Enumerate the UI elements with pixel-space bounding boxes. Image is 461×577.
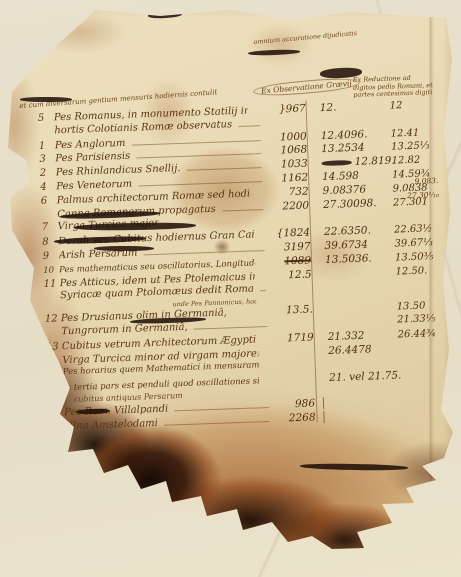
value-observation [320,274,396,277]
value-millesimae [264,124,314,126]
photograph-backdrop: omnium accuratione dijudicatis et cum di… [0,0,461,577]
measures-table: 5 Pes Romanus, in monumento Statilij in … [38,98,453,434]
value-millesimae [272,354,322,356]
value-millesimae: 1033 [265,157,315,171]
row-number: 5 [38,112,54,124]
row-number [44,299,60,300]
intro-paragraph [38,0,440,12]
value-reduction: 39.67⅓ [394,237,446,250]
value-observation [324,403,400,406]
measure-name: Pes Parisiensis [55,151,130,165]
value-millesimae: 1068 [265,144,315,158]
value-millesimae: 1089 [269,254,319,268]
value-millesimae: 1719 [272,331,322,345]
leader-line [265,366,269,367]
leader-line [260,236,265,237]
leader-line [264,355,268,356]
value-reduction: 22.63½ [394,223,446,236]
manuscript-line [38,0,440,12]
manuscript-line [38,0,440,12]
value-observation: 12. [314,100,390,115]
measure-name: Pes Venetorum [56,179,132,193]
value-reduction: 12.41 [390,126,442,139]
manuscript-line [38,0,440,12]
value-observation: 39.6734 [318,238,394,253]
value-millesimae [270,290,320,292]
manuscript-page: omnium accuratione dijudicatis et cum di… [0,0,461,577]
row-number: 13 [46,341,62,353]
leader-line [138,181,262,186]
value-observation [314,121,390,124]
leader-line [265,382,269,383]
value-millesimae: 732 [266,185,316,199]
value-millesimae [271,325,321,327]
value-reduction: 13.25⅓ [391,140,443,153]
value-observation: 13.2534 [315,141,391,156]
measure-name: Pes Anglorum [55,137,126,150]
value-reduction [394,216,446,218]
manuscript-line [38,0,440,12]
value-reduction [401,415,453,417]
value-reduction: 27.301 [393,195,445,208]
value-reduction: 12.50. [395,264,447,277]
interline-note: omnium accuratione dijudicatis [253,29,357,46]
leader-line [261,264,265,265]
value-reduction [399,377,451,379]
row-number [58,402,74,403]
value-reduction [400,402,452,404]
value-observation [325,417,401,420]
value-observation: 26.4478 [322,342,398,357]
leader-line [164,421,270,426]
leader-line [262,341,268,342]
value-observation: 27.30098. [317,196,393,211]
value-millesimae: {1824 [268,226,318,240]
row-number: 4 [40,181,56,193]
value-observation: 12.4096. [314,127,390,142]
value-millesimae [273,365,323,367]
row-number: 12 [45,313,61,325]
value-observation: 22.6350. [318,224,394,239]
leader-line [189,394,270,398]
row-number: 10 [43,265,59,276]
value-observation: 12.819. [315,155,391,170]
leader-line [143,250,264,255]
manuscript-line [38,0,440,12]
value-observation: 13.5036. [319,251,395,266]
row-number [41,217,57,218]
value-millesimae [274,393,324,395]
row-number: 3 [39,154,55,166]
value-reduction [400,389,452,391]
value-reduction: 13.50 [397,300,449,313]
row-number [45,334,61,335]
column-header-observation: Ex Observatione Grævij [253,76,361,98]
value-observation: 21.332 [322,328,398,343]
value-millesimae: 3197 [268,240,318,254]
value-millesimae: 1000 [265,130,315,144]
value-observation [321,322,397,325]
row-number [38,133,54,134]
value-reduction [399,361,451,363]
row-number [47,390,63,391]
row-number [46,363,62,364]
leader-line [238,125,260,127]
leader-line [187,167,262,171]
value-reduction: 21.33⅕ [397,313,449,326]
leader-line [262,302,266,303]
row-number: 11 [44,278,60,290]
column-header-reduction: Ex Reductione ad digitos pedis Romani, e… [353,74,446,100]
value-millesimae: 2268 [273,411,324,425]
manuscript-writing: omnium accuratione dijudicatis et cum di… [34,0,459,566]
value-reduction: 12 [390,99,442,112]
row-number: 2 [40,168,56,180]
leader-line [131,140,260,146]
row-number: 7 [42,222,58,234]
value-millesimae: 986 [273,397,324,411]
value-observation: 14.598 [316,169,392,184]
value-observation: 9.08376 [316,182,392,197]
value-reduction [398,349,450,351]
leader-line [254,112,260,113]
row-number [157,307,173,308]
value-millesimae: 13.5. [271,303,321,317]
measure-name: Ulna Amstelodami [64,418,158,432]
row-number [48,415,64,416]
row-number [47,375,63,376]
value-observation [321,310,397,313]
leader-line [261,278,266,279]
leader-line [257,195,263,196]
leader-line [233,313,267,315]
row-number [49,429,65,430]
leader-line [194,326,268,330]
value-reduction: 12.82 [391,154,443,167]
leader-line [261,290,267,291]
value-millesimae: }967 [264,102,314,116]
value-reduction [396,285,448,287]
ink-blot [94,246,154,251]
value-observation: 21. vel 21.75. [323,370,399,385]
value-observation [318,218,394,221]
row-number: 6 [41,195,57,207]
value-observation [323,363,399,366]
ink-blot [20,97,72,102]
value-observation [324,390,400,393]
value-millesimae: 1162 [266,171,316,185]
value-reduction: 26.44¾ [398,327,450,340]
value-millesimae: 12.5 [269,268,319,282]
leader-line [136,154,261,159]
leader-line [222,209,264,211]
row-number: 9 [43,250,59,262]
manuscript-line [38,0,440,12]
leader-line [174,407,269,411]
value-reduction: 13.50⅗ [395,251,447,264]
value-millesimae: 2200 [267,199,317,213]
value-reduction [390,120,442,122]
value-millesimae [268,221,318,223]
value-observation [320,287,396,290]
value-millesimae [273,381,323,383]
row-number: 1 [39,140,55,152]
